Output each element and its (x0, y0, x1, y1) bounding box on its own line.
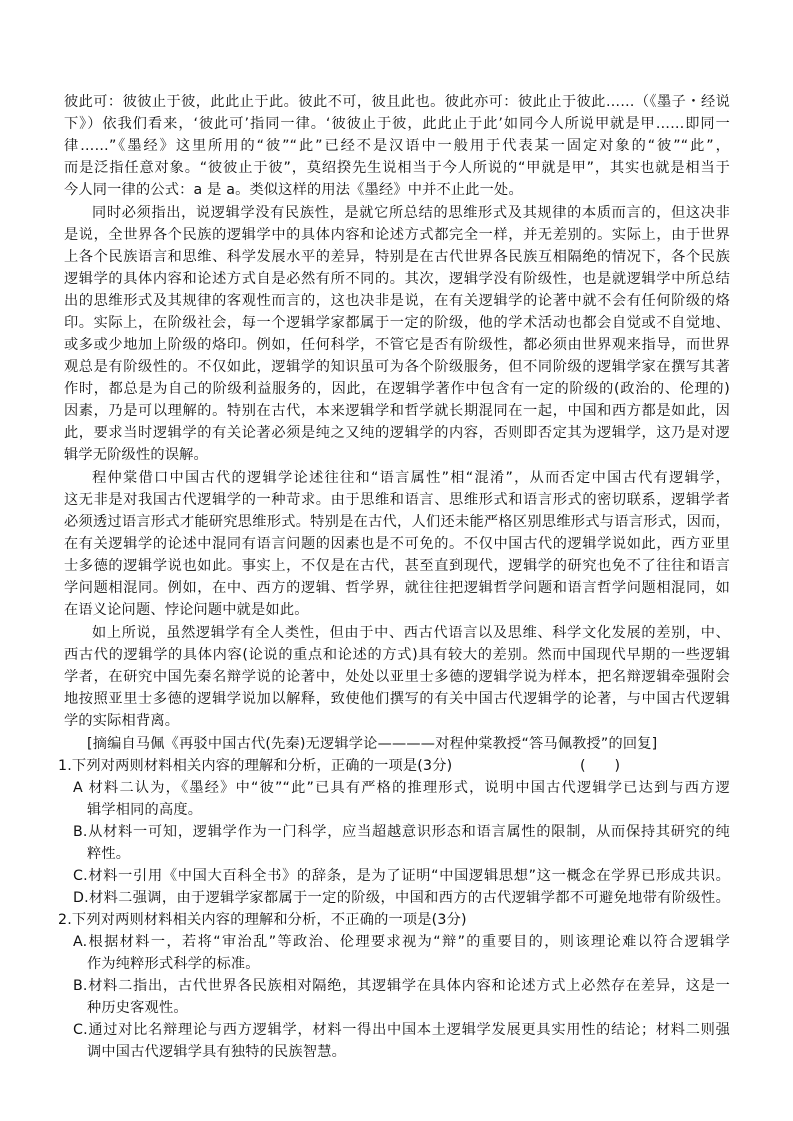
passage-line: 学者，在研究中国先秦名辩学说的论著中，处处以亚里士多德的逻辑学说为样本，把名辩逻… (64, 666, 730, 688)
passage-line: 今人同一律的公式：a 是 a。类似这样的用法《墨经》中并不止此一处。 (64, 179, 730, 201)
passage-line: 彼此可：彼彼止于彼，此此止于此。彼此不可，彼且此也。彼此亦可：彼此止于彼此……（… (64, 91, 730, 113)
question-1-option-a-cont: 辑学相同的高度。 (87, 799, 730, 821)
passage-line: 作时，都总是为自己的阶级利益服务的，因此，在逻辑学著作中包含有一定的阶级的(政治… (64, 378, 730, 400)
paragraph-start-line: 同时必须指出，说逻辑学没有民族性，是就它所总结的思维形式及其规律的本质而言的，但… (92, 202, 730, 224)
question-1-stem: 1.下列对两则材料相关内容的理解和分析，正确的一项是(3分) ( ) (58, 755, 724, 777)
passage-line: 学的实际相背离。 (64, 710, 730, 732)
question-1-option-b[interactable]: B.从材料一可知，逻辑学作为一门科学，应当超越意识形态和语言属性的限制，从而保持… (73, 821, 730, 843)
passage-line: 辑学无阶级性的误解。 (64, 444, 730, 466)
question-1-option-b-cont: 粹性。 (87, 843, 730, 865)
answer-blank[interactable]: ( ) (580, 755, 620, 777)
passage-line: 西古代的逻辑学的具体内容(论说的重点和论述的方式)具有较大的差别。然而中国现代早… (64, 644, 730, 666)
passage-line: 因素，乃是可以理解的。特别在古代，本来逻辑学和哲学就长期混同在一起，中国和西方都… (64, 400, 730, 422)
question-2-option-c-cont: 调中国古代逻辑学具有独特的民族智慧。 (87, 1041, 730, 1063)
passage-line: 或多或少地加上阶级的烙印。例如，任何科学，不管它是否有阶级性，都必须由世界观来指… (64, 334, 730, 356)
passage-line: 地按照亚里士多德的逻辑学说加以解释，致使他们撰写的有关中国古代逻辑学的论著，与中… (64, 688, 730, 710)
question-1-option-d[interactable]: D.材料二强调，由于逻辑学家都属于一定的阶级，中国和西方的古代逻辑学都不可避免地… (73, 887, 730, 909)
passage-line: 上各个民族语言和思维、科学发展水平的差异，特别是在古代世界各民族互相隔绝的情况下… (64, 246, 730, 268)
passage-line: 是说，全世界各个民族的逻辑学中的具体内容和论述方式都完全一样，并无差别的。实际上… (64, 224, 730, 246)
question-2-option-b[interactable]: B.材料二指出，古代世界各民族相对隔绝，其逻辑学在具体内容和论述方式上必然存在差… (73, 975, 730, 997)
passage-line: 观总是有阶级性的。不仅如此，逻辑学的知识虽可为各个阶级服务，但不同阶级的逻辑学家… (64, 356, 730, 378)
passage-line: 这无非是对我国古代逻辑学的一种苛求。由于思维和语言、思维形式和语言形式的密切联系… (64, 489, 730, 511)
passage-line: 士多德的逻辑学说也如此。事实上，不仅是在古代，甚至直到现代，逻辑学的研究也免不了… (64, 555, 730, 577)
paragraph-start-line: 如上所说，虽然逻辑学有全人类性，但由于中、西古代语言以及思维、科学文化发展的差别… (92, 622, 730, 644)
passage-line: 必须透过语言形式才能研究思维形式。特别是在古代，人们还未能严格区别思维形式与语言… (64, 511, 730, 533)
passage-line: 而是泛指任意对象。“彼彼止于彼”，莫绍揆先生说相当于今人所说的“甲就是甲”，其实… (64, 157, 730, 179)
question-2-option-a[interactable]: A.根据材料一，若将“审治乱”等政治、伦理要求视为“辩”的重要目的，则该理论难以… (73, 931, 730, 953)
passage-line: 此，要求当时逻辑学的有关论著必须是纯之又纯的逻辑学的内容，否则即否定其为逻辑学，… (64, 422, 730, 444)
question-1-option-c[interactable]: C.材料一引用《中国大百科全书》的辞条，是为了证明“中国逻辑思想”这一概念在学界… (73, 865, 730, 887)
question-2-option-c[interactable]: C.通过对比名辩理论与西方逻辑学，材料一得出中国本土逻辑学发展更具实用性的结论；… (73, 1019, 730, 1041)
source-note: [摘编自马佩《再驳中国古代(先秦)无逻辑学论————对程仲棠教授“答马佩教授”的… (87, 733, 753, 755)
passage-line: 在有关逻辑学的论述中混同有语言问题的因素也是不可免的。不仅中国古代的逻辑学说如此… (64, 533, 730, 555)
passage-line: 在语义论问题、悖论问题中就是如此。 (64, 599, 730, 621)
question-2-option-b-cont: 种历史客观性。 (87, 997, 730, 1019)
paragraph-start-line: 程仲棠借口中国古代的逻辑学论述往往和“语言属性”相“混淆”，从而否定中国古代有逻… (92, 467, 730, 489)
question-stem-text: 1.下列对两则材料相关内容的理解和分析，正确的一项是(3分) (58, 758, 452, 774)
passage-line: 下》）依我们看来，‘彼此可’指同一律。‘彼彼止于彼，此此止于此’如同今人所说甲就… (64, 113, 730, 135)
passage-line: 出的思维形式及其规律的客观性而言的，这也决非是说，在有关逻辑学的论著中就不会有任… (64, 290, 730, 312)
passage-line: 律……”《墨经》这里所用的“彼”“此”已经不是汉语中一般用于代表某一固定对象的“… (64, 135, 730, 157)
passage-line: 印。实际上，在阶级社会，每一个逻辑学家都属于一定的阶级，他的学术活动也都会自觉或… (64, 312, 730, 334)
question-2-option-a-cont: 作为纯粹形式科学的标准。 (87, 953, 730, 975)
exam-page: 彼此可：彼彼止于彼，此此止于此。彼此不可，彼且此也。彼此亦可：彼此止于彼此……（… (0, 0, 793, 1121)
question-2-stem: 2.下列对两则材料相关内容的理解和分析，不正确的一项是(3分) (58, 909, 724, 931)
question-1-option-a[interactable]: A 材料二认为，《墨经》中“彼”“此”已具有严格的推理形式，说明中国古代逻辑学已… (73, 777, 730, 799)
passage-line: 学问题相混同。例如，在中、西方的逻辑、哲学界，就往往把逻辑哲学问题和语言哲学问题… (64, 577, 730, 599)
passage-line: 逻辑学的具体内容和论述方式自是必然有所不同的。其次，逻辑学没有阶级性，也是就逻辑… (64, 268, 730, 290)
